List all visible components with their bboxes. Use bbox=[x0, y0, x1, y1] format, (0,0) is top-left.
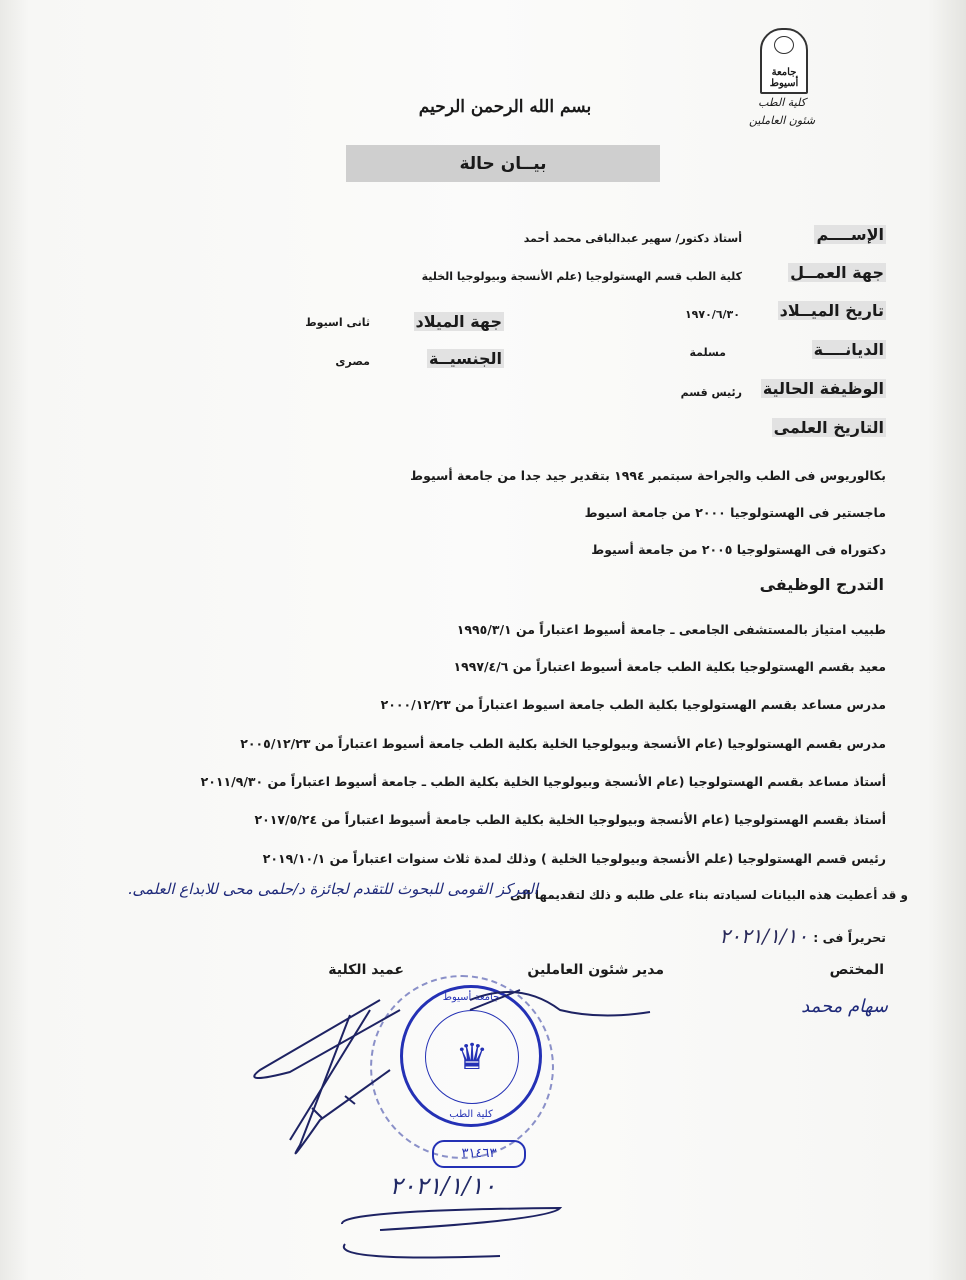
dean-signature bbox=[254, 1000, 400, 1078]
signature-strokes bbox=[0, 0, 966, 1280]
hr-manager-signature bbox=[470, 990, 650, 1016]
document-page: جامعة أسيوط كلية الطب شئون العاملين بسم … bbox=[0, 0, 966, 1280]
